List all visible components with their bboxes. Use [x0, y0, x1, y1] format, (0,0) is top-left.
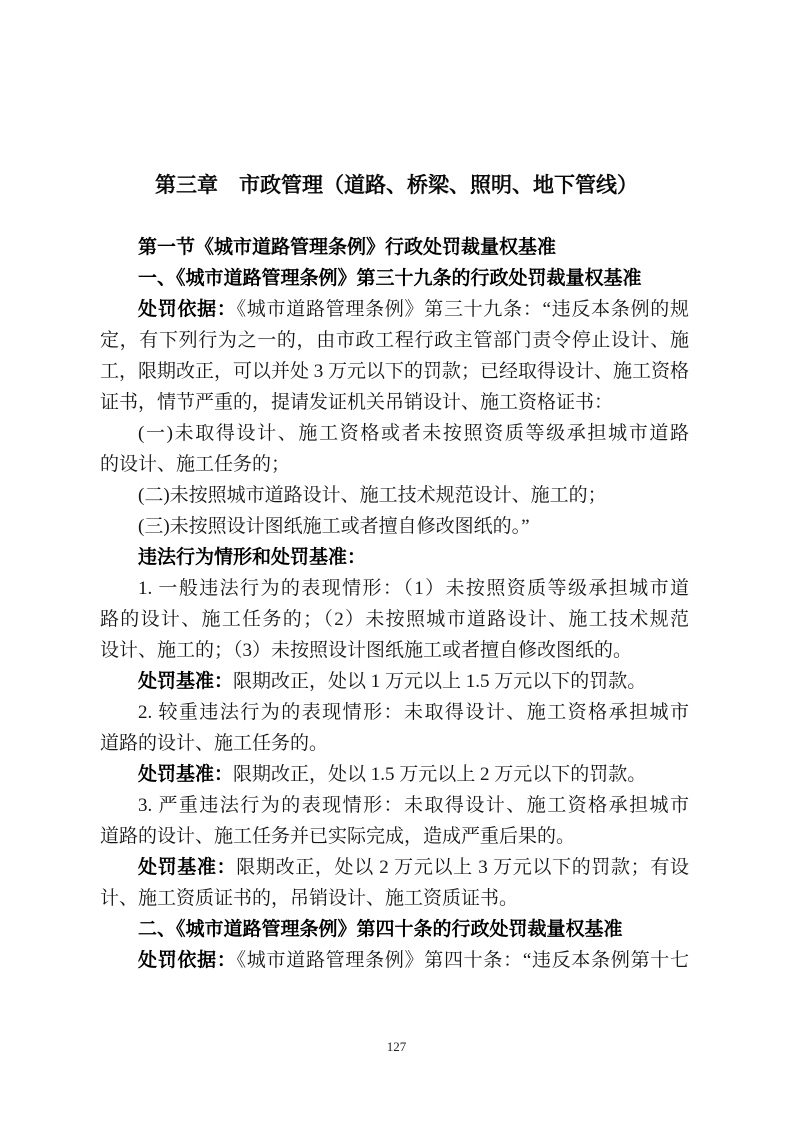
text-line: 工，限期改正，可以并处 3 万元以下的罚款；已经取得设计、施工资格 — [100, 356, 689, 387]
text-run: 限期改正，处以 2 万元以上 3 万元以下的罚款；有设 — [236, 857, 689, 878]
text-line: 计、施工资质证书的，吊销设计、施工资质证书。 — [100, 883, 689, 914]
text-line: 1. 一般违法行为的表现情形：（1）未按照资质等级承担城市道 — [100, 573, 689, 604]
bold-label: 处罚基准： — [138, 671, 233, 692]
text-run: 工，限期改正，可以并处 3 万元以下的罚款；已经取得设计、施工资格 — [100, 361, 689, 382]
text-line: 一、《城市道路管理条例》第三十九条的行政处罚裁量权基准 — [100, 263, 689, 294]
text-line: 处罚基准：限期改正，处以 1.5 万元以上 2 万元以下的罚款。 — [100, 759, 689, 790]
text-line: (一)未取得设计、施工资格或者未按照资质等级承担城市道路 — [100, 418, 689, 449]
text-run: 3. 严重违法行为的表现情形：未取得设计、施工资格承担城市 — [138, 795, 689, 816]
bold-label: 处罚依据： — [138, 950, 237, 971]
text-run: (三)未按照设计图纸施工或者擅自修改图纸的。” — [138, 516, 530, 537]
text-line: 违法行为情形和处罚基准： — [100, 542, 689, 573]
bold-label: 二、《城市道路管理条例》第四十条的行政处罚裁量权基准 — [138, 919, 623, 940]
bold-label: 处罚依据： — [138, 299, 237, 320]
text-run: 设计、施工的；（3）未按照设计图纸施工或者擅自修改图纸的。 — [100, 640, 632, 661]
text-line: 处罚基准：限期改正，处以 1 万元以上 1.5 万元以下的罚款。 — [100, 666, 689, 697]
text-line: 设计、施工的；（3）未按照设计图纸施工或者擅自修改图纸的。 — [100, 635, 689, 666]
text-line: 道路的设计、施工任务的。 — [100, 728, 689, 759]
text-run: (二)未按照城市道路设计、施工技术规范设计、施工的； — [138, 485, 607, 506]
text-run: 定，有下列行为之一的，由市政工程行政主管部门责令停止设计、施 — [100, 330, 689, 351]
text-line: 第一节《城市道路管理条例》行政处罚裁量权基准 — [100, 232, 689, 263]
text-line: 2. 较重违法行为的表现情形：未取得设计、施工资格承担城市 — [100, 697, 689, 728]
text-run: 《城市道路管理条例》第四十条：“违反本条例第十七 — [237, 950, 689, 971]
text-line: 定，有下列行为之一的，由市政工程行政主管部门责令停止设计、施 — [100, 325, 689, 356]
text-line: (三)未按照设计图纸施工或者擅自修改图纸的。” — [100, 511, 689, 542]
text-run: 《城市道路管理条例》第三十九条：“违反本条例的规 — [237, 299, 689, 320]
bold-label: 违法行为情形和处罚基准： — [138, 547, 366, 568]
text-line: 3. 严重违法行为的表现情形：未取得设计、施工资格承担城市 — [100, 790, 689, 821]
text-run: 限期改正，处以 1.5 万元以上 2 万元以下的罚款。 — [233, 764, 646, 785]
text-line: 处罚基准：限期改正，处以 2 万元以上 3 万元以下的罚款；有设 — [100, 852, 689, 883]
text-run: 道路的设计、施工任务并已实际完成，造成严重后果的。 — [100, 826, 575, 847]
text-run: 1. 一般违法行为的表现情形：（1）未按照资质等级承担城市道 — [138, 578, 689, 599]
bold-label: 第一节《城市道路管理条例》行政处罚裁量权基准 — [138, 237, 556, 258]
text-run: 2. 较重违法行为的表现情形：未取得设计、施工资格承担城市 — [138, 702, 689, 723]
text-run: 限期改正，处以 1 万元以上 1.5 万元以下的罚款。 — [233, 671, 646, 692]
text-line: 的设计、施工任务的； — [100, 449, 689, 480]
chapter-title: 第三章 市政管理（道路、桥梁、照明、地下管线） — [0, 171, 793, 201]
document-page: 第三章 市政管理（道路、桥梁、照明、地下管线） 第一节《城市道路管理条例》行政处… — [0, 0, 793, 1122]
bold-label: 处罚基准： — [138, 764, 233, 785]
text-line: (二)未按照城市道路设计、施工技术规范设计、施工的； — [100, 480, 689, 511]
text-run: (一)未取得设计、施工资格或者未按照资质等级承担城市道路 — [138, 423, 689, 444]
text-line: 路的设计、施工任务的；（2）未按照城市道路设计、施工技术规范 — [100, 604, 689, 635]
text-run: 的设计、施工任务的； — [100, 454, 290, 475]
text-run: 路的设计、施工任务的；（2）未按照城市道路设计、施工技术规范 — [100, 609, 689, 630]
text-run: 道路的设计、施工任务的。 — [100, 733, 328, 754]
text-line: 处罚依据：《城市道路管理条例》第三十九条：“违反本条例的规 — [100, 294, 689, 325]
text-line: 处罚依据：《城市道路管理条例》第四十条：“违反本条例第十七 — [100, 945, 689, 976]
text-line: 二、《城市道路管理条例》第四十条的行政处罚裁量权基准 — [100, 914, 689, 945]
text-line: 道路的设计、施工任务并已实际完成，造成严重后果的。 — [100, 821, 689, 852]
page-number: 127 — [0, 1038, 793, 1056]
text-run: 证书，情节严重的，提请发证机关吊销设计、施工资格证书： — [100, 392, 613, 413]
text-line: 证书，情节严重的，提请发证机关吊销设计、施工资格证书： — [100, 387, 689, 418]
bold-label: 一、《城市道路管理条例》第三十九条的行政处罚裁量权基准 — [138, 268, 642, 289]
text-run: 计、施工资质证书的，吊销设计、施工资质证书。 — [100, 888, 518, 909]
bold-label: 处罚基准： — [138, 857, 236, 878]
document-body: 第一节《城市道路管理条例》行政处罚裁量权基准一、《城市道路管理条例》第三十九条的… — [100, 232, 689, 976]
